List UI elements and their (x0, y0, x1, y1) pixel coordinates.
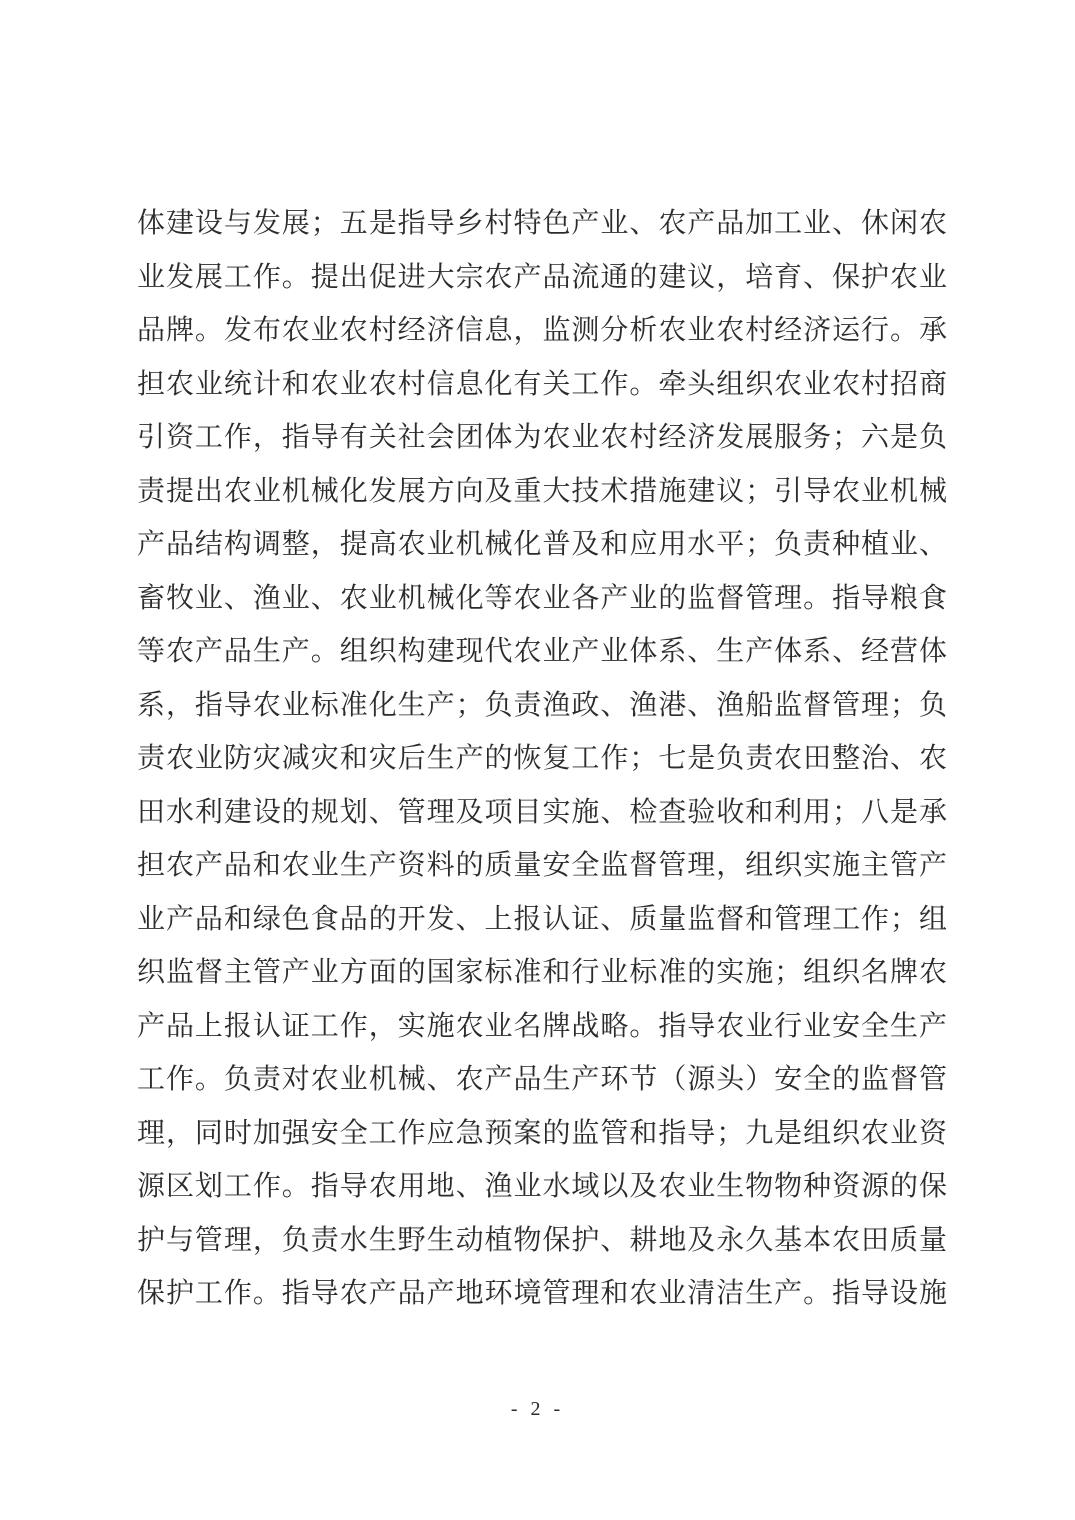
text-line: 工作。负责对农业机械、农产品生产环节（源头）安全的监督管 (137, 1053, 947, 1107)
text-line: 理，同时加强安全工作应急预案的监管和指导；九是组织农业资 (137, 1107, 947, 1161)
text-line: 责提出农业机械化发展方向及重大技术措施建议；引导农业机械 (137, 465, 947, 519)
document-page: 体建设与发展；五是指导乡村特色产业、农产品加工业、休闲农 业发展工作。提出促进大… (0, 0, 1075, 1520)
text-line: 等农产品生产。组织构建现代农业产业体系、生产体系、经营体 (137, 625, 947, 679)
text-line: 畜牧业、渔业、农业机械化等农业各产业的监督管理。指导粮食 (137, 572, 947, 626)
text-line: 品牌。发布农业农村经济信息，监测分析农业农村经济运行。承 (137, 304, 947, 358)
text-line: 责农业防灾减灾和灾后生产的恢复工作；七是负责农田整治、农 (137, 732, 947, 786)
body-text: 体建设与发展；五是指导乡村特色产业、农产品加工业、休闲农 业发展工作。提出促进大… (137, 197, 947, 1321)
text-line: 护与管理，负责水生野生动植物保护、耕地及永久基本农田质量 (137, 1214, 947, 1268)
text-line: 产品结构调整，提高农业机械化普及和应用水平；负责种植业、 (137, 518, 947, 572)
page-number: - 2 - (511, 1398, 564, 1420)
text-line: 织监督主管产业方面的国家标准和行业标准的实施；组织名牌农 (137, 946, 947, 1000)
text-line: 业发展工作。提出促进大宗农产品流通的建议，培育、保护农业 (137, 251, 947, 305)
text-line: 系，指导农业标准化生产；负责渔政、渔港、渔船监督管理；负 (137, 679, 947, 733)
page-footer: - 2 - (0, 1398, 1075, 1421)
text-line: 业产品和绿色食品的开发、上报认证、质量监督和管理工作；组 (137, 893, 947, 947)
text-line: 担农产品和农业生产资料的质量安全监督管理，组织实施主管产 (137, 839, 947, 893)
text-line: 体建设与发展；五是指导乡村特色产业、农产品加工业、休闲农 (137, 197, 947, 251)
text-line: 保护工作。指导农产品产地环境管理和农业清洁生产。指导设施 (137, 1267, 947, 1321)
text-line: 引资工作，指导有关社会团体为农业农村经济发展服务；六是负 (137, 411, 947, 465)
text-line: 源区划工作。指导农用地、渔业水域以及农业生物物种资源的保 (137, 1160, 947, 1214)
text-line: 产品上报认证工作，实施农业名牌战略。指导农业行业安全生产 (137, 1000, 947, 1054)
text-line: 田水利建设的规划、管理及项目实施、检查验收和利用；八是承 (137, 786, 947, 840)
text-line: 担农业统计和农业农村信息化有关工作。牵头组织农业农村招商 (137, 358, 947, 412)
